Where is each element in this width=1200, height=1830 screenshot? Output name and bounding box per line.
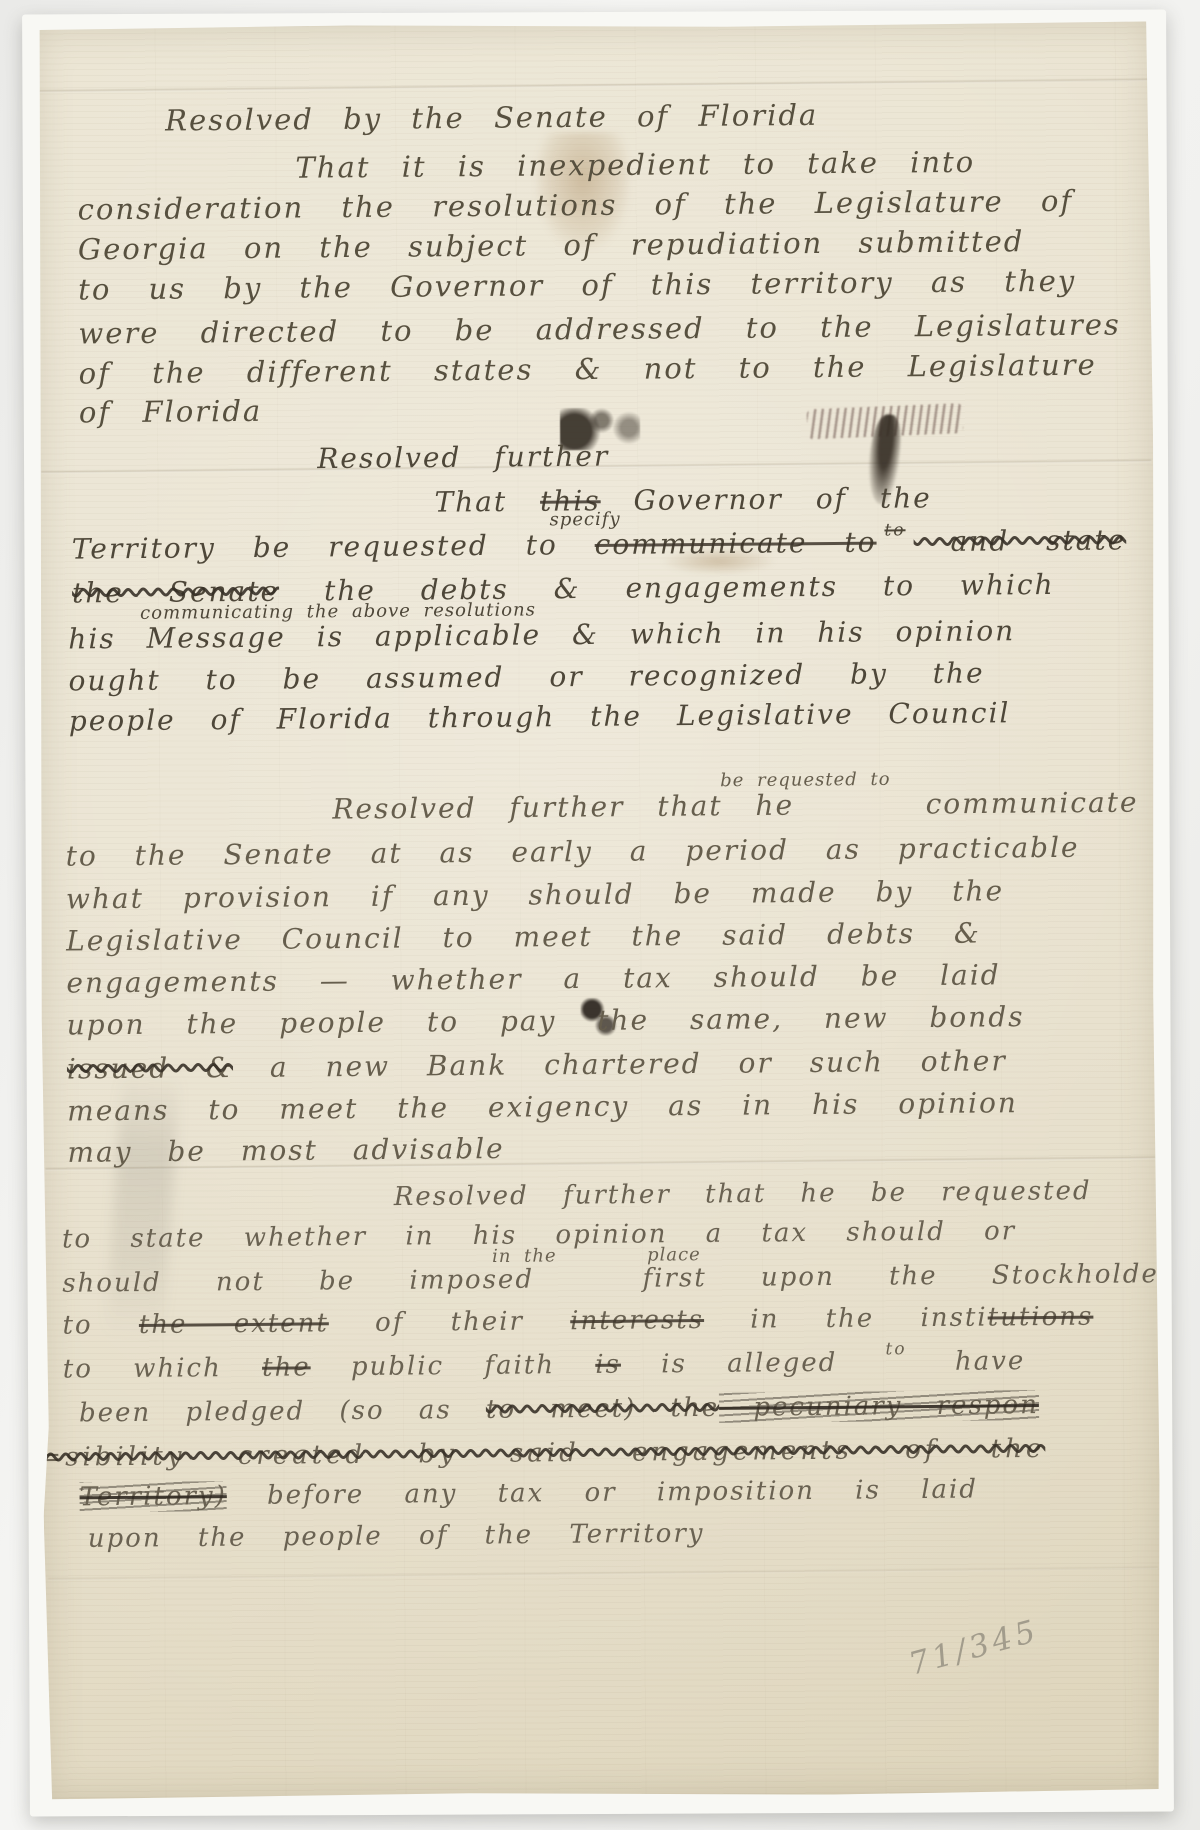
- manuscript-line: means to meet the exigency as in his opi…: [67, 1086, 1018, 1127]
- manuscript-line: Territory) before any tax or imposition …: [79, 1475, 978, 1513]
- manuscript-line: what provision if any should be made by …: [66, 874, 1004, 915]
- manuscript-segment: have: [915, 1346, 1026, 1377]
- manuscript-line: may be most advisable: [67, 1132, 504, 1169]
- manuscript-segment: upon the people to pay the same, new bon…: [67, 1000, 1025, 1041]
- manuscript-line: engagements — whether a tax should be la…: [66, 958, 1000, 999]
- manuscript-segment: may be most advisable: [67, 1132, 504, 1169]
- manuscript-line: been pledged (so as to meet) the pecunia…: [79, 1390, 1039, 1428]
- manuscript-segment: were directed to be addressed to the Leg…: [78, 307, 1121, 350]
- manuscript-segment: to: [62, 1310, 139, 1341]
- manuscript-segment: is alleged: [621, 1347, 878, 1379]
- manuscript-line: That it is inexpedient to take into: [295, 145, 975, 185]
- manuscript-line: upon the people of the Territory: [88, 1519, 705, 1554]
- manuscript-segment: ought to be assumed or recognized by the: [68, 656, 984, 697]
- manuscript-segment: of their: [329, 1306, 571, 1338]
- manuscript-segment: of the different states & not to the Leg…: [79, 348, 1097, 391]
- manuscript-line: to which the public faith is is alleged …: [63, 1346, 1026, 1384]
- manuscript-line: were directed to be addressed to the Leg…: [78, 307, 1121, 350]
- manuscript-line: issued & a new Bank chartered or such ot…: [67, 1044, 1007, 1085]
- manuscript-segment: Resolved by the Senate of Florida: [165, 98, 818, 138]
- manuscript-segment: been pledged (so as: [79, 1395, 486, 1429]
- manuscript-line: of the different states & not to the Leg…: [79, 348, 1097, 391]
- manuscript-page: Resolved by the Senate of FloridaThat it…: [35, 21, 1162, 1800]
- manuscript-segment: to which: [63, 1353, 263, 1385]
- manuscript-segment: should not be imposed first: [62, 1263, 707, 1299]
- manuscript-segment: people of Florida through the Legislativ…: [69, 696, 1011, 737]
- manuscript-segment: Resolved further that he be requested: [394, 1176, 1092, 1212]
- manuscript-line: Resolved further that he be requested: [394, 1176, 1092, 1212]
- manuscript-segment-scribble: and state: [913, 523, 1126, 558]
- manuscript-segment-insert: in the: [492, 1245, 557, 1267]
- manuscript-segment: That: [434, 485, 540, 519]
- manuscript-segment-strike: tutions: [988, 1302, 1094, 1333]
- manuscript-segment: Georgia on the subject of repudiation su…: [78, 224, 1025, 266]
- archival-number: 71/345: [905, 1613, 1043, 1683]
- fold-crease: [39, 78, 1149, 93]
- manuscript-segment-strike: the extent: [139, 1308, 329, 1340]
- manuscript-segment: before any tax or imposition is laid: [227, 1475, 978, 1512]
- manuscript-segment: That it is inexpedient to take into: [295, 145, 975, 185]
- manuscript-segment-blackout: pecuniary respon: [719, 1390, 1039, 1423]
- manuscript-segment-scribble: =sibility created by said engagements of…: [39, 1434, 1045, 1473]
- manuscript-segment-insert: be requested to: [720, 769, 891, 791]
- manuscript-line: Territory be requested to communicate to…: [72, 523, 1127, 565]
- manuscript-line: Resolved by the Senate of Florida: [165, 98, 818, 138]
- manuscript-line: to the extent of their interests in the …: [62, 1302, 1093, 1341]
- manuscript-segment-insert: place: [647, 1244, 701, 1265]
- manuscript-line: Resolved further that he communicatebe r…: [332, 786, 1138, 826]
- manuscript-line: That this Governor of the: [434, 481, 932, 518]
- manuscript-segment: what provision if any should be made by …: [66, 874, 1004, 915]
- manuscript-segment: consideration the resolutions of the Leg…: [78, 184, 1074, 227]
- manuscript-segment-scribble: issued &: [67, 1051, 233, 1085]
- manuscript-segment: a new Bank chartered or such other: [233, 1044, 1007, 1084]
- manuscript-line: to the Senate at as early a period as pr…: [66, 831, 1080, 873]
- manuscript-line: to us by the Governor of this territory …: [78, 264, 1076, 307]
- manuscript-line: ought to be assumed or recognized by the: [68, 656, 984, 697]
- manuscript-segment-strike: communicate to: [595, 526, 877, 561]
- manuscript-segment: public faith: [311, 1350, 596, 1382]
- manuscript-segment-strike: interests: [570, 1305, 704, 1336]
- manuscript-line: upon the people to pay the same, new bon…: [67, 1000, 1025, 1041]
- manuscript-segment: Resolved further: [317, 440, 609, 476]
- manuscript-segment: Territory be requested to: [72, 528, 595, 566]
- manuscript-segment-sup: to: [885, 1339, 906, 1359]
- manuscript-line: of Florida: [79, 394, 263, 430]
- manuscript-segment: Governor of the: [601, 481, 932, 517]
- manuscript-line: his Message is applicable & which in his…: [68, 614, 1015, 655]
- manuscript-segment: upon the people of the Territory: [88, 1519, 705, 1554]
- manuscript-segment-strike: is: [595, 1350, 621, 1380]
- manuscript-segment-scribble: to meet) the: [486, 1393, 719, 1425]
- manuscript-segment: upon the Stockholders: [707, 1259, 1189, 1293]
- manuscript-segment-insert: communicating the above resolutions: [140, 599, 536, 623]
- manuscript-line: =sibility created by said engagements of…: [39, 1434, 1045, 1473]
- manuscript-segment: to the Senate at as early a period as pr…: [66, 831, 1080, 873]
- manuscript-segment: of Florida: [79, 394, 263, 430]
- manuscript-segment: Legislative Council to meet the said deb…: [66, 916, 981, 957]
- manuscript-segment-blackout: Territory): [79, 1481, 227, 1512]
- manuscript-segment-insert: specify: [549, 509, 620, 531]
- manuscript-segment-supstrike: to: [884, 520, 905, 540]
- manuscript-segment: Resolved further that he communicate: [332, 786, 1138, 826]
- manuscript-line: Legislative Council to meet the said deb…: [66, 916, 981, 957]
- manuscript-line: people of Florida through the Legislativ…: [69, 696, 1011, 737]
- manuscript-segment: in the insti: [704, 1303, 988, 1335]
- manuscript-line: Resolved further: [317, 440, 609, 476]
- manuscript-text: Resolved by the Senate of FloridaThat it…: [0, 0, 1194, 4]
- fold-crease: [48, 1566, 1158, 1581]
- paper-overlay: Resolved by the Senate of FloridaThat it…: [0, 0, 1200, 1830]
- manuscript-line: Georgia on the subject of repudiation su…: [78, 224, 1025, 266]
- manuscript-line: consideration the resolutions of the Leg…: [78, 184, 1074, 227]
- scan-background: Resolved by the Senate of FloridaThat it…: [0, 0, 1200, 1830]
- manuscript-line: should not be imposed first upon the Sto…: [62, 1259, 1189, 1299]
- manuscript-segment: means to meet the exigency as in his opi…: [67, 1086, 1018, 1127]
- manuscript-segment-strike: the: [262, 1352, 311, 1382]
- manuscript-segment: to us by the Governor of this territory …: [78, 264, 1076, 307]
- manuscript-segment: engagements — whether a tax should be la…: [66, 958, 1000, 999]
